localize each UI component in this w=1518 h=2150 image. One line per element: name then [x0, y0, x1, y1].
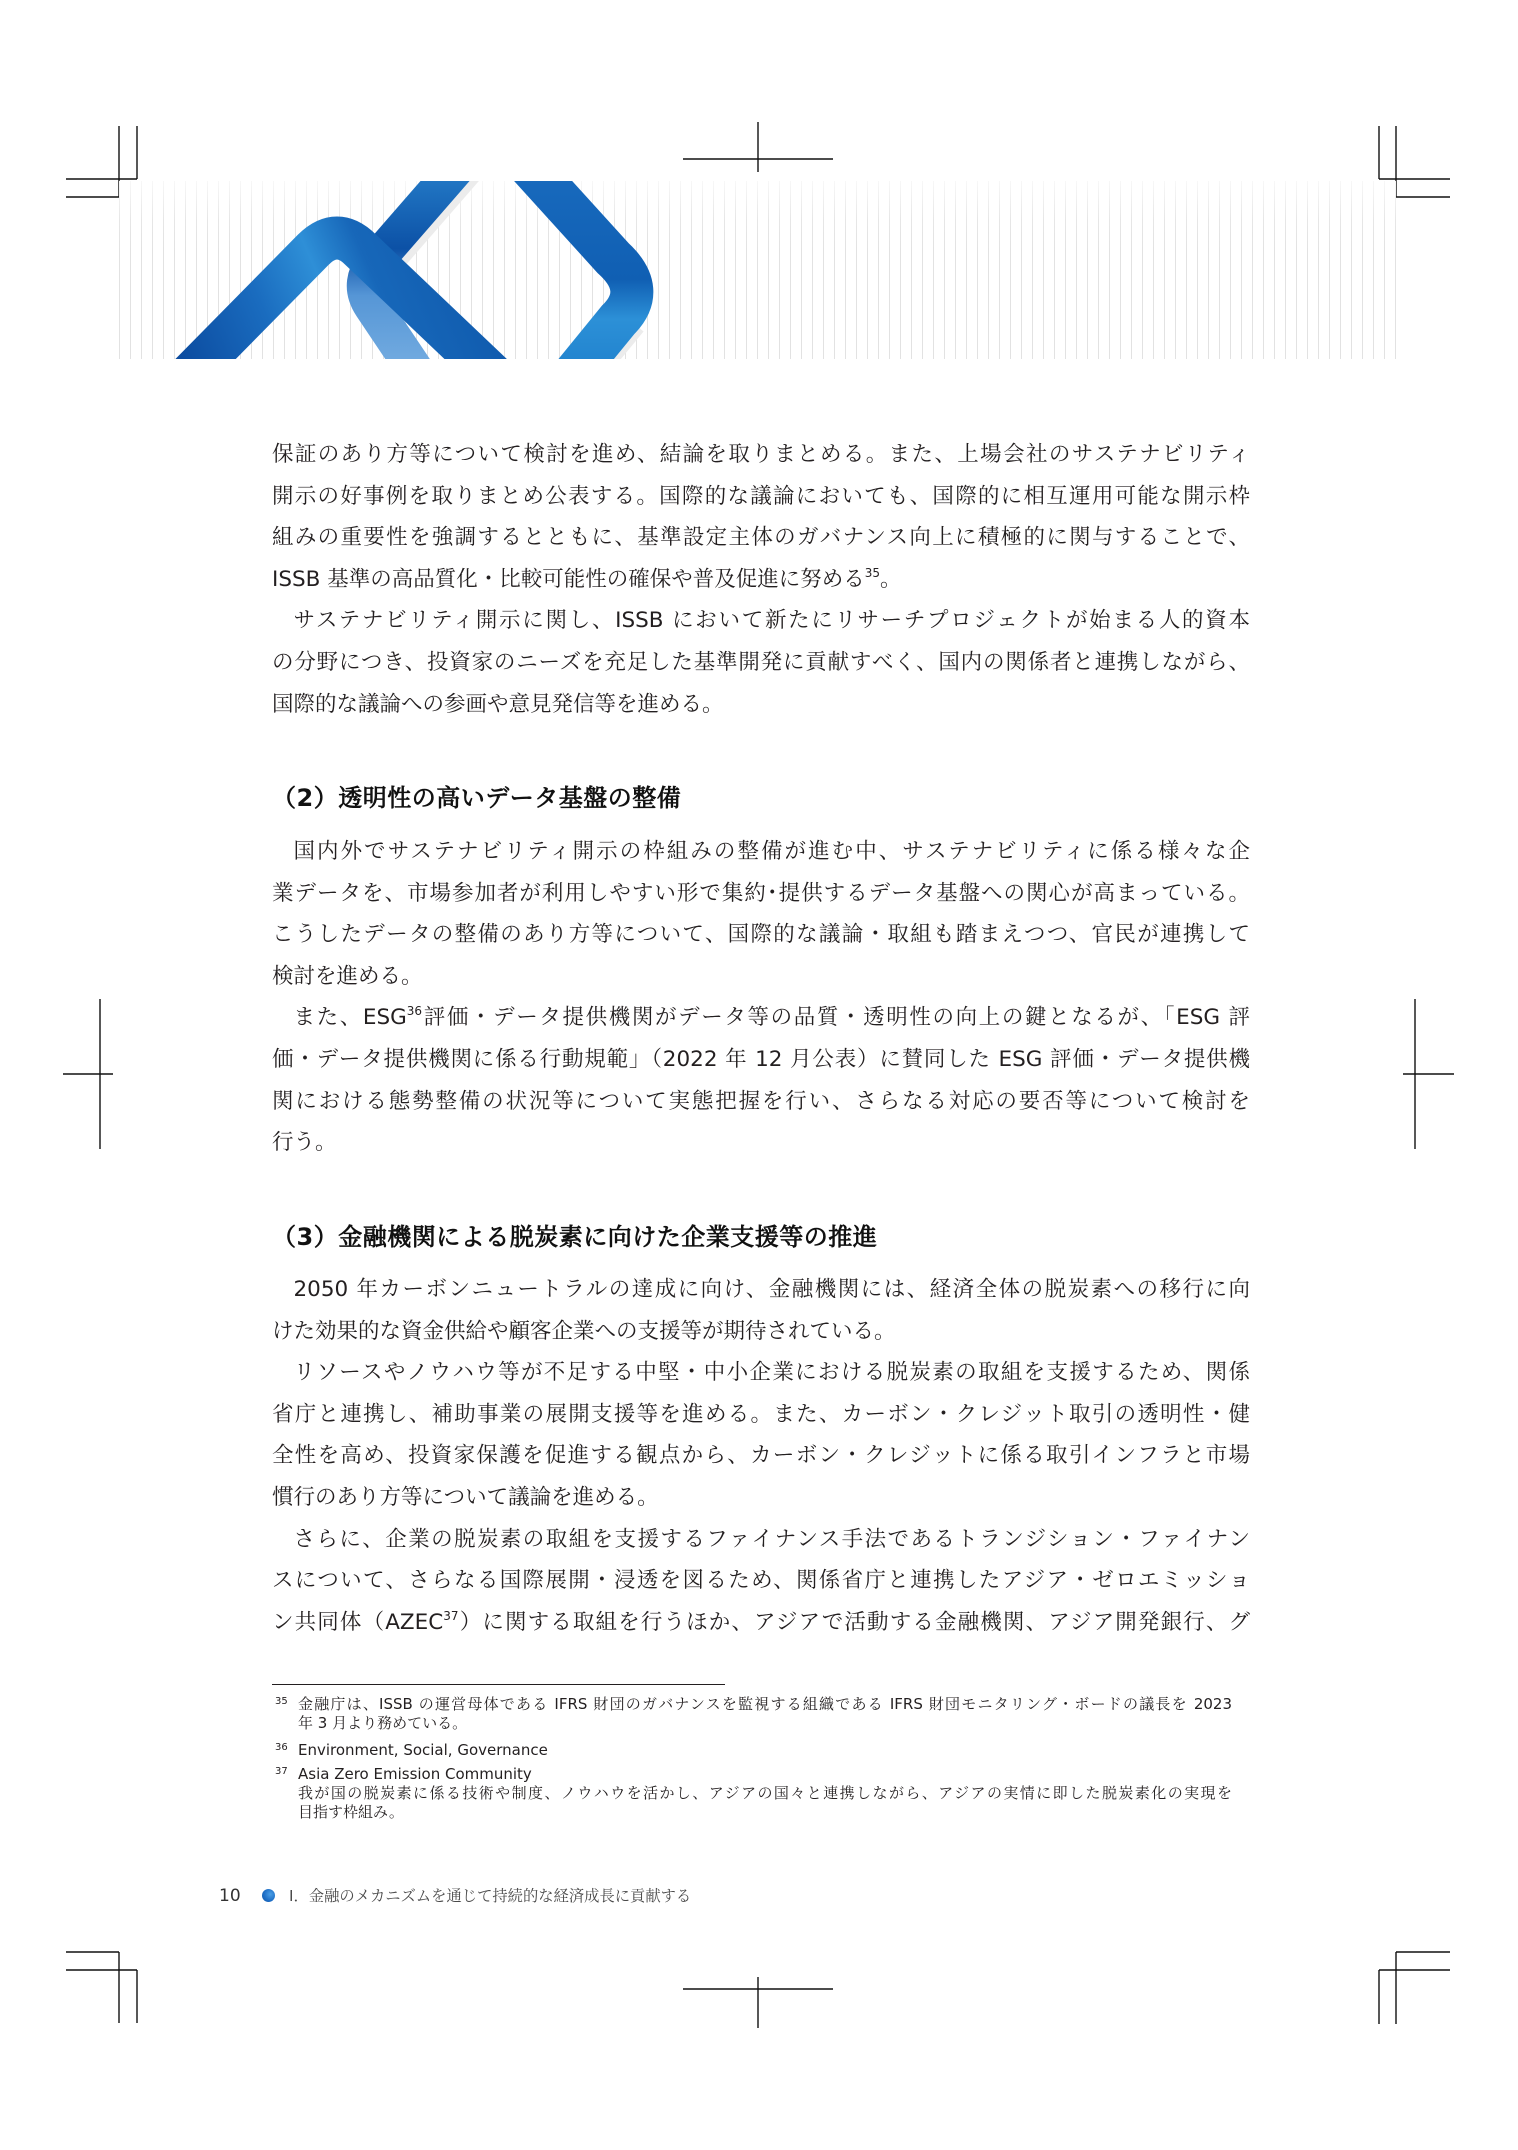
- body-line: の分野につき、投資家のニーズを充足した基準開発に貢献すべく、国内の関係者と連携し…: [272, 642, 1250, 684]
- footnote-line: 我が国の脱炭素に係る技術や制度、ノウハウを活かし、アジアの国々と連携しながら、ア…: [298, 1784, 1232, 1803]
- section-2-body: 国内外でサステナビリティ開示の枠組みの整備が進む中、サステナビリティに係る様々な…: [272, 831, 1250, 1164]
- section-3-body: 2050 年カーボンニュートラルの達成に向け、金融機関には、経済全体の脱炭素への…: [272, 1269, 1250, 1643]
- footnote-number: 35: [275, 1696, 288, 1708]
- body-line: こうしたデータの整備のあり方等について、国際的な議論・取組も踏まえつつ、官民が連…: [272, 914, 1250, 956]
- body-line: 開示の好事例を取りまとめ公表する。国際的な議論においても、国際的に相互運用可能な…: [272, 476, 1250, 518]
- page-number: 10: [219, 1885, 241, 1907]
- body-line: 業データを、市場参加者が利用しやすい形で集約･提供するデータ基盤への関心が高まっ…: [272, 873, 1250, 915]
- footnote-line: Environment, Social, Governance: [298, 1741, 1232, 1760]
- body-line: ン共同体（AZEC37）に関する取組を行うほか、アジアで活動する金融機関、アジア…: [272, 1602, 1250, 1644]
- document-page: 保証のあり方等について検討を進め、結論を取りまとめる。また、上場会社のサステナビ…: [0, 0, 1518, 2150]
- body-line: 検討を進める。: [272, 956, 1250, 998]
- body-line: 慣行のあり方等について議論を進める。: [272, 1477, 1250, 1519]
- footnote-number: 36: [275, 1742, 288, 1754]
- body-line: 関における態勢整備の状況等について実態把握を行い、さらなる対応の要否等について検…: [272, 1081, 1250, 1123]
- line-text: 評価・データ提供機関がデータ等の品質・透明性の向上の鍵となるが、「ESG 評: [422, 1005, 1250, 1030]
- body-line: 全性を高め、投資家保護を促進する観点から、カーボン・クレジットに係る取引インフラ…: [272, 1435, 1250, 1477]
- line-text: 。: [880, 567, 902, 592]
- body-line: ISSB 基準の高品質化・比較可能性の確保や普及促進に努める35。: [272, 559, 1250, 601]
- body-line: サステナビリティ開示に関し、ISSB において新たにリサーチプロジェクトが始まる…: [272, 600, 1250, 642]
- body-line: 2050 年カーボンニュートラルの達成に向け、金融機関には、経済全体の脱炭素への…: [272, 1269, 1250, 1311]
- footnote-line: 金融庁は、ISSB の運営母体である IFRS 財団のガバナンスを監視する組織で…: [298, 1695, 1232, 1714]
- footnote-line: Asia Zero Emission Community: [298, 1765, 1232, 1784]
- header-ribbon-graphic: [0, 0, 1518, 400]
- line-text: ISSB 基準の高品質化・比較可能性の確保や普及促進に努める: [272, 567, 865, 592]
- body-line: 国内外でサステナビリティ開示の枠組みの整備が進む中、サステナビリティに係る様々な…: [272, 831, 1250, 873]
- body-line: また、ESG36評価・データ提供機関がデータ等の品質・透明性の向上の鍵となるが、…: [272, 997, 1250, 1039]
- footnote-divider: [272, 1684, 725, 1685]
- footnote-ref: 36: [407, 1004, 422, 1018]
- line-text: ）に関する取組を行うほか、アジアで活動する金融機関、アジア開発銀行、グ: [459, 1610, 1250, 1635]
- footnote-line: 年 3 月より務めている。: [298, 1714, 1232, 1733]
- body-line: さらに、企業の脱炭素の取組を支援するファイナンス手法であるトランジション・ファイ…: [272, 1519, 1250, 1561]
- body-line: 組みの重要性を強調するとともに、基準設定主体のガバナンス向上に積極的に関与するこ…: [272, 517, 1250, 559]
- footnote-ref: 37: [443, 1609, 458, 1623]
- body-line: 省庁と連携し、補助事業の展開支援等を進める。また、カーボン・クレジット取引の透明…: [272, 1394, 1250, 1436]
- footnote-36: 36 Environment, Social, Governance: [275, 1741, 1232, 1760]
- running-chapter-title: Ⅰ．金融のメカニズムを通じて持続的な経済成長に貢献する: [289, 1885, 691, 1907]
- section-heading: （3）金融機関による脱炭素に向けた企業支援等の推進: [272, 1216, 877, 1258]
- line-text: ン共同体（AZEC: [272, 1610, 443, 1635]
- section-heading: （2）透明性の高いデータ基盤の整備: [272, 777, 681, 819]
- body-line: 価・データ提供機関に係る行動規範」（2022 年 12 月公表）に賛同した ES…: [272, 1039, 1250, 1081]
- section-1-body: 保証のあり方等について検討を進め、結論を取りまとめる。また、上場会社のサステナビ…: [272, 434, 1250, 725]
- body-line: スについて、さらなる国際展開・浸透を図るため、関係省庁と連携したアジア・ゼロエミ…: [272, 1560, 1250, 1602]
- line-text: また、ESG: [294, 1005, 407, 1030]
- ribbon-chevron: [515, 150, 632, 385]
- footnote-35: 35 金融庁は、ISSB の運営母体である IFRS 財団のガバナンスを監視する…: [275, 1695, 1232, 1733]
- body-line: 保証のあり方等について検討を進め、結論を取りまとめる。また、上場会社のサステナビ…: [272, 434, 1250, 476]
- blue-dot-icon: [262, 1889, 275, 1902]
- footnote-ref: 35: [865, 566, 880, 580]
- ribbon-apex: [180, 238, 503, 385]
- body-line: けた効果的な資金供給や顧客企業への支援等が期待されている。: [272, 1311, 1250, 1353]
- body-line: 行う。: [272, 1122, 1250, 1164]
- footnote-line: 目指す枠組み。: [298, 1803, 1232, 1822]
- footnote-number: 37: [275, 1766, 288, 1778]
- footnote-37: 37 Asia Zero Emission Community 我が国の脱炭素に…: [275, 1765, 1232, 1823]
- body-line: 国際的な議論への参画や意見発信等を進める。: [272, 684, 1250, 726]
- body-line: リソースやノウハウ等が不足する中堅・中小企業における脱炭素の取組を支援するため、…: [272, 1352, 1250, 1394]
